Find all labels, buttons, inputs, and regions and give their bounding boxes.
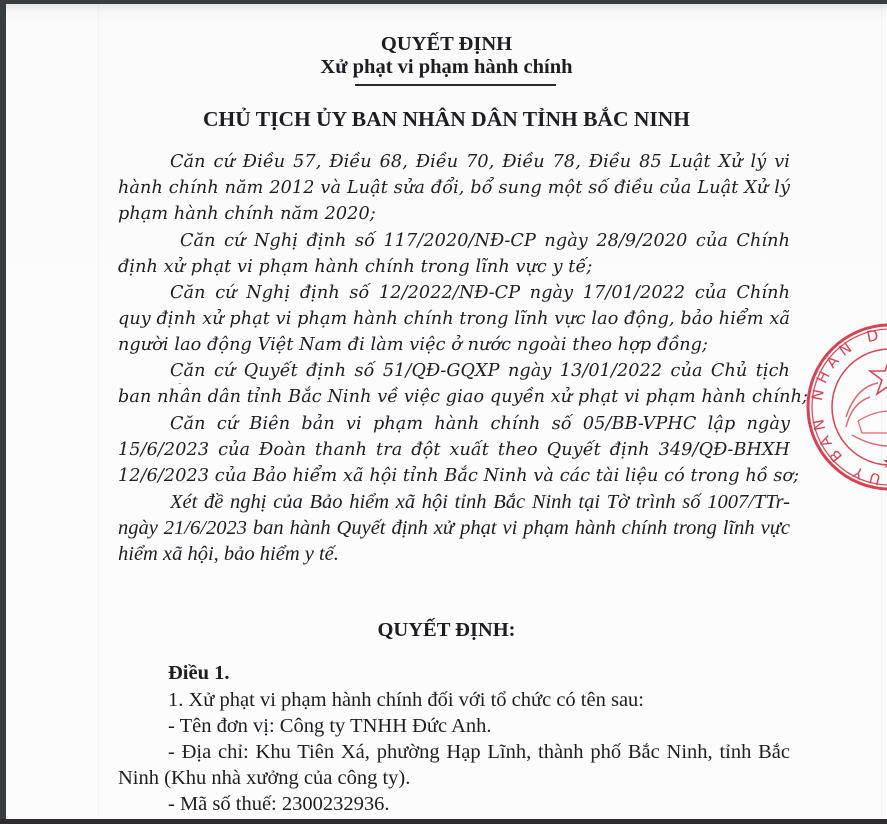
article-line: - Mã số thuế: 2300232936. xyxy=(168,791,390,817)
document-subtitle: Xử phạt vi phạm hành chính xyxy=(6,54,887,80)
preamble-line: Căn cứ Nghị định số 117/2020/NĐ-CP ngày … xyxy=(180,228,790,254)
article-heading: Điều 1. xyxy=(168,660,230,686)
preamble-line: Xét đề nghị của Bảo hiểm xã hội tỉnh Bắc… xyxy=(170,489,790,515)
viewer-bottom-bar xyxy=(0,819,887,824)
preamble-line: phạm hành chính năm 2020; xyxy=(118,201,376,227)
article-line: 1. Xử phạt vi phạm hành chính đối với tổ… xyxy=(168,687,644,713)
preamble-line: định xử phạt vi phạm hành chính trong lĩ… xyxy=(118,254,592,280)
preamble-line: 15/6/2023 của Đoàn thanh tra đột xuất th… xyxy=(118,437,790,463)
preamble-line: Căn cứ Nghị định số 12/2022/NĐ-CP ngày 1… xyxy=(170,280,790,306)
preamble-line: hiểm xã hội, bảo hiểm y tế. xyxy=(118,541,339,567)
preamble-line: Căn cứ Biên bản vi phạm hành chính số 05… xyxy=(170,411,790,437)
svg-text:ỦY BAN NHÂN DÂN: ỦY BAN NHÂN DÂN xyxy=(786,317,886,490)
preamble-line: Căn cứ Điều 57, Điều 68, Điều 70, Điều 7… xyxy=(170,149,790,175)
article-line: - Tên đơn vị: Công ty TNHH Đức Anh. xyxy=(168,713,492,739)
preamble-line: quy định xử phạt vi phạm hành chính tron… xyxy=(118,306,790,332)
star-icon xyxy=(870,357,887,394)
preamble-line: 12/6/2023 của Bảo hiểm xã hội tỉnh Bắc N… xyxy=(118,463,799,489)
official-seal-stamp: ỦY BAN NHÂN DÂN xyxy=(786,317,887,497)
document-page: QUYẾT ĐỊNH Xử phạt vi phạm hành chính CH… xyxy=(6,4,887,819)
preamble-line: hành chính năm 2012 và Luật sửa đổi, bổ … xyxy=(118,175,790,201)
preamble-line: người lao động Việt Nam đi làm việc ở nư… xyxy=(118,332,708,358)
preamble-line: ngày 21/6/2023 ban hành Quyết định xử ph… xyxy=(118,515,790,541)
decision-heading: QUYẾT ĐỊNH: xyxy=(6,617,887,643)
issuing-authority: CHỦ TỊCH ỦY BAN NHÂN DÂN TỈNH BẮC NINH xyxy=(6,106,887,132)
article-line: - Địa chỉ: Khu Tiên Xá, phường Hạp Lĩnh,… xyxy=(168,739,790,765)
article-line: Ninh (Khu nhà xưởng của công ty). xyxy=(118,765,410,791)
preamble-line: ban nhân dân tỉnh Bắc Ninh về việc giao … xyxy=(118,384,808,410)
title-underline xyxy=(355,84,556,86)
preamble-line: Căn cứ Quyết định số 51/QĐ-GQXP ngày 13/… xyxy=(170,358,790,384)
